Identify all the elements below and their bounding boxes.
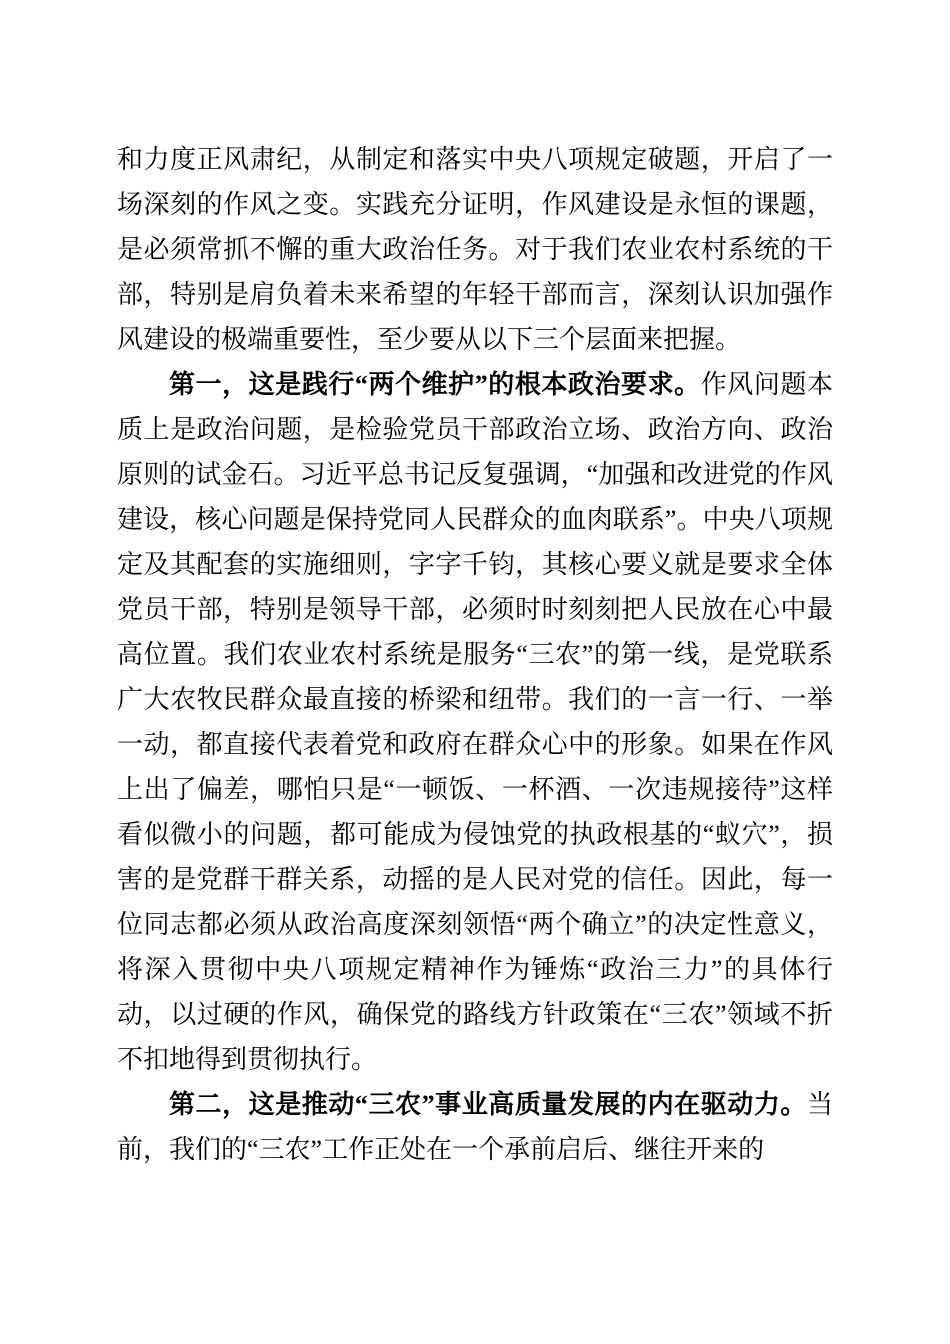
paragraph-point-one-text: 作风问题本质上是政治问题，是检验党员干部政治立场、政治方向、政治原则的试金石。习… bbox=[117, 370, 833, 1074]
document-page: 和力度正风肃纪，从制定和落实中央八项规定破题，开启了一场深刻的作风之变。实践充分… bbox=[0, 0, 950, 1344]
paragraph-point-two: 第二，这是推动“三农”事业高质量发展的内在驱动力。当前，我们的“三农”工作正处在… bbox=[117, 1082, 833, 1172]
paragraph-point-two-lead: 第二，这是推动“三农”事业高质量发展的内在驱动力。 bbox=[169, 1090, 807, 1119]
paragraph-continuation-text: 和力度正风肃纪，从制定和落实中央八项规定破题，开启了一场深刻的作风之变。实践充分… bbox=[117, 145, 833, 354]
paragraph-point-one: 第一，这是践行“两个维护”的根本政治要求。作风问题本质上是政治问题，是检验党员干… bbox=[117, 362, 833, 1082]
document-body: 和力度正风肃纪，从制定和落实中央八项规定破题，开启了一场深刻的作风之变。实践充分… bbox=[117, 137, 833, 1172]
paragraph-point-one-lead: 第一，这是践行“两个维护”的根本政治要求。 bbox=[169, 370, 701, 399]
paragraph-continuation: 和力度正风肃纪，从制定和落实中央八项规定破题，开启了一场深刻的作风之变。实践充分… bbox=[117, 137, 833, 362]
